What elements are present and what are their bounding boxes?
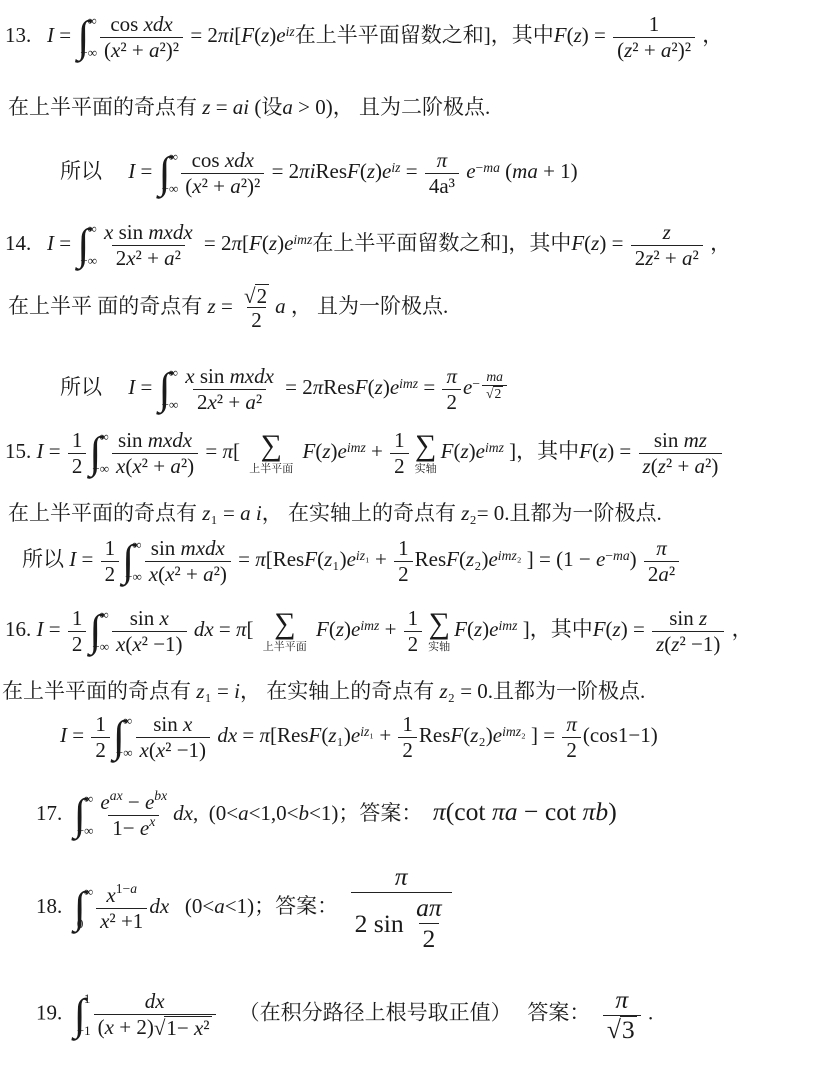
fraction: sin mxdxx(x² + a²) (112, 428, 198, 479)
superscript: ax (110, 789, 123, 803)
fraction: aπ2 (412, 893, 446, 954)
fraction: 12 (68, 606, 87, 657)
sum-icon: ∑ (261, 431, 282, 461)
problem-19: 19. ∫1−1dx(x + 2)√1− x² （在积分路径上根号取正值） 答案… (36, 985, 653, 1044)
fraction: π2 (562, 712, 581, 763)
problem-14-singularities: 在上半平 面的奇点有 z = √22a ， 且为一阶极点. (8, 284, 448, 333)
fraction: π√3 (603, 985, 641, 1044)
summation: ∑上半平面 (263, 609, 307, 653)
problem-16-singularities: 在上半平面的奇点有 z₁ = i， 在实轴上的奇点有 z₂ = 0.且都为一阶极… (2, 678, 645, 704)
superscript: imz₂ (502, 724, 526, 739)
superscript: imz (485, 440, 504, 455)
integral: ∫1−1 (74, 991, 91, 1039)
fraction: 12 (68, 428, 87, 479)
problem-13-singularities: 在上半平面的奇点有 z = ai (设a > 0)， 且为二阶极点. (8, 94, 490, 120)
integral: ∫∞−∞ (89, 429, 109, 477)
fraction: √22 (240, 284, 273, 333)
integral: ∫∞−∞ (159, 365, 179, 413)
fraction: 12 (101, 536, 120, 587)
integral: ∫∞−∞ (77, 13, 97, 61)
fraction: π2 (442, 364, 461, 415)
superscript: iz₁ (356, 548, 370, 563)
problem-16-conclusion: I = 12∫∞−∞sin xx(x² −1) dx = π[ResF(z₁)e… (60, 712, 658, 763)
superscript: imz (360, 618, 379, 633)
fraction: eax − ebx1− ex (96, 790, 171, 841)
superscript: iz (286, 24, 295, 39)
fraction: 12 (91, 712, 110, 763)
radical-icon: √ (607, 1017, 621, 1044)
integral: ∫∞−∞ (113, 713, 133, 761)
superscript: iz (391, 160, 400, 175)
summation: ∑实轴 (428, 609, 450, 653)
fraction: 12 (390, 428, 409, 479)
fraction: sin zz(z² −1) (652, 606, 724, 657)
fraction: sin xx(x² −1) (136, 712, 211, 763)
problem-14-conclusion: 所以 I = ∫∞−∞x sin mxdx2x² + a² = 2πResF(z… (60, 364, 509, 415)
square-root: √2 (486, 386, 503, 401)
problem-14-statement: 14. I = ∫∞−∞x sin mxdx2x² + a² = 2π[F(z)… (5, 220, 731, 271)
fraction: π2 sin aπ2 (351, 862, 452, 955)
square-root: √1− x² (154, 1016, 212, 1039)
integral: ∫∞−∞ (159, 149, 179, 197)
document-page: 13. I = ∫∞−∞cos xdx(x² + a²)² = 2πi[F(z)… (0, 0, 840, 1070)
fraction: sin mxdxx(x² + a²) (145, 536, 231, 587)
superscript: x (149, 815, 155, 829)
fraction: 12 (404, 606, 423, 657)
fraction: 12 (398, 712, 417, 763)
fraction: cos xdx(x² + a²)² (181, 148, 264, 199)
fraction: π4a³ (425, 148, 459, 199)
superscript: bx (154, 789, 167, 803)
problem-15-statement: 15. I = 12∫∞−∞sin mxdxx(x² + a²) = π[ ∑上… (5, 428, 724, 479)
integral: ∫∞−∞ (77, 221, 97, 269)
problem-18: 18. ∫∞0x1−ax² +1dx (0<a<1)；答案： π2 sin aπ… (36, 862, 454, 955)
integral: ∫∞−∞ (89, 607, 109, 655)
fraction: sin xx(x² −1) (112, 606, 187, 657)
fraction: z2z² + a² (631, 220, 703, 271)
superscript: imz (399, 376, 418, 391)
fraction: x sin mxdx2x² + a² (100, 220, 197, 271)
summation: ∑上半平面 (249, 431, 293, 475)
superscript: −ma (605, 548, 629, 563)
fraction: ma√2 (482, 369, 507, 401)
problem-17: 17. ∫∞−∞eax − ebx1− exdx, (0<a<1,0<b<1)；… (36, 790, 617, 841)
superscript: imz (499, 618, 518, 633)
integral: ∫∞−∞ (74, 791, 94, 839)
problem-13-conclusion: 所以 I = ∫∞−∞cos xdx(x² + a²)² = 2πiResF(z… (60, 148, 578, 199)
problem-13-statement: 13. I = ∫∞−∞cos xdx(x² + a²)² = 2πi[F(z)… (5, 12, 723, 63)
fraction: π2a² (644, 536, 679, 587)
sum-icon: ∑ (428, 609, 449, 639)
superscript: −ma√2 (472, 376, 509, 391)
square-root: √3 (607, 1016, 637, 1044)
fraction: 12 (394, 536, 413, 587)
superscript: iz₁ (360, 724, 374, 739)
superscript: imz (293, 232, 312, 247)
problem-15-conclusion: 所以 I = 12∫∞−∞sin mxdxx(x² + a²) = π[ResF… (22, 536, 681, 587)
problem-16-statement: 16. I = 12∫∞−∞sin xx(x² −1) dx = π[ ∑上半平… (5, 606, 753, 657)
summation: ∑实轴 (415, 431, 437, 475)
fraction: 1(z² + a²)² (613, 12, 695, 63)
fraction: cos xdx(x² + a²)² (100, 12, 183, 63)
integral: ∫∞−∞ (122, 537, 142, 585)
sum-icon: ∑ (415, 431, 436, 461)
sum-icon: ∑ (274, 609, 295, 639)
fraction: sin mzz(z² + a²) (639, 428, 723, 479)
superscript: imz₂ (498, 548, 522, 563)
superscript: 1−a (116, 882, 137, 896)
fraction: x1−ax² +1 (96, 883, 147, 934)
fraction: x sin mxdx2x² + a² (181, 364, 278, 415)
square-root: √2 (244, 284, 269, 307)
fraction: dx(x + 2)√1− x² (94, 989, 216, 1040)
superscript: imz (347, 440, 366, 455)
problem-15-singularities: 在上半平面的奇点有 z₁ = a i， 在实轴上的奇点有 z₂= 0.且都为一阶… (8, 500, 662, 526)
superscript: −ma (476, 160, 500, 175)
integral: ∫∞0 (74, 884, 93, 932)
